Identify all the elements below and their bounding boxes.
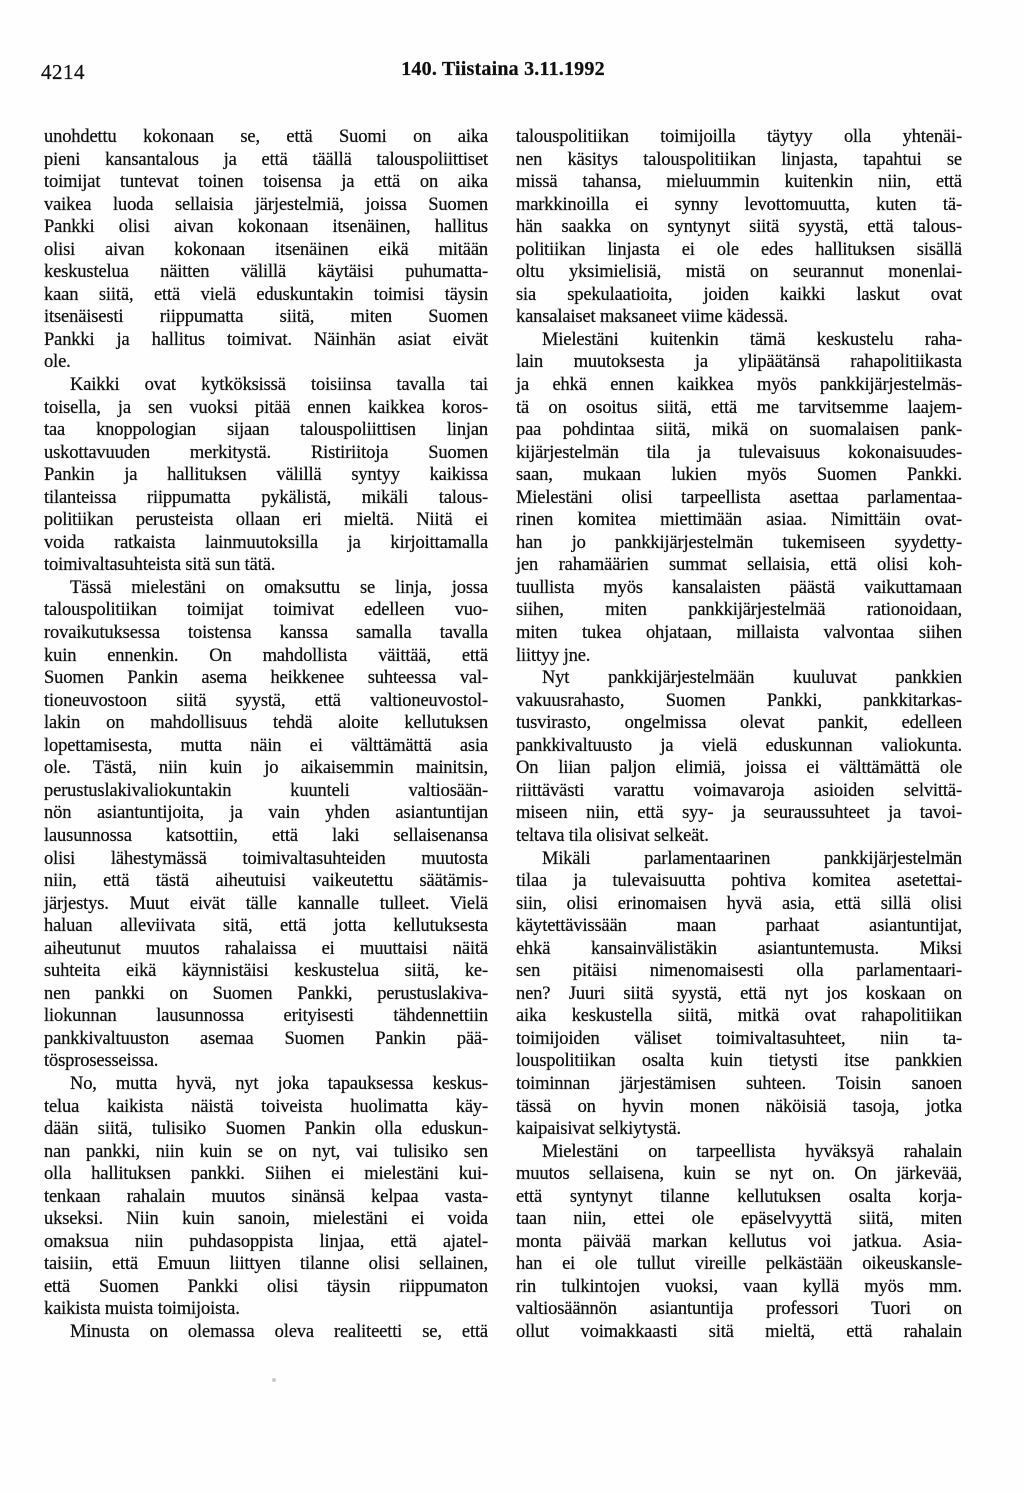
text-line: liittyy jne. bbox=[516, 645, 962, 668]
text-line: tuullista myös kansalaisten päästä vaiku… bbox=[516, 577, 962, 600]
text-line: liokunnan lausunnossa erityisesti tähden… bbox=[44, 1005, 488, 1028]
text-line: telua kaikista näistä toiveista huolimat… bbox=[44, 1096, 488, 1119]
paragraph: Tässä mielestäni on omaksuttu se linja, … bbox=[44, 577, 488, 1073]
text-line: saan, mukaan lukien myös Suomen Pankki. bbox=[516, 464, 962, 487]
text-line: rin tulkintojen vuoksi, vaan kyllä myös … bbox=[516, 1276, 962, 1299]
paragraph: Mielestäni on tarpeellista hyväksyä raha… bbox=[516, 1141, 962, 1344]
text-line: toimijat tuntevat toinen toisensa ja ett… bbox=[44, 171, 488, 194]
text-line: hän saakka on syntynyt siitä syystä, ett… bbox=[516, 216, 962, 239]
text-line: ole. Tästä, niin kuin jo aikaisemmin mai… bbox=[44, 757, 488, 780]
text-line: rinen komitea miettimään asiaa. Nimittäi… bbox=[516, 509, 962, 532]
text-line: että Suomen Pankki olisi täysin riippuma… bbox=[44, 1276, 488, 1299]
text-line: ja ehkä ennen kaikkea myös pankkijärjest… bbox=[516, 374, 962, 397]
text-line: tilaa ja tulevaisuutta pohtiva komitea a… bbox=[516, 870, 962, 893]
text-line: Mielestäni on tarpeellista hyväksyä raha… bbox=[516, 1141, 962, 1164]
text-line: itsenäisesti riippumatta siitä, miten Su… bbox=[44, 306, 488, 329]
text-line: han jo pankkijärjestelmän tukemiseen syy… bbox=[516, 532, 962, 555]
text-line: lausunnossa katsottiin, että laki sellai… bbox=[44, 825, 488, 848]
text-line: tusvirasto, ongelmissa olevat pankit, ed… bbox=[516, 712, 962, 735]
text-line: lain muutoksesta ja ylipäätänsä rahapoli… bbox=[516, 351, 962, 374]
text-line: tösprosesseissa. bbox=[44, 1050, 488, 1073]
text-line: ehkä kansainvälistäkin asiantuntemusta. … bbox=[516, 938, 962, 961]
text-line: haluan alleviivata sitä, että jotta kell… bbox=[44, 915, 488, 938]
text-line: olisi aivan kokonaan itsenäinen eikä mit… bbox=[44, 239, 488, 262]
text-line: ollut voimakkaasti sitä mieltä, että rah… bbox=[516, 1321, 962, 1344]
paragraph: unohdettu kokonaan se, että Suomi on aik… bbox=[44, 126, 488, 374]
text-line: taan niin, ettei ole epäselvyyttä siitä,… bbox=[516, 1208, 962, 1231]
text-line: Nyt pankkijärjestelmään kuuluvat pankkie… bbox=[516, 667, 962, 690]
text-line: tä on osoitus siitä, että me tarvitsemme… bbox=[516, 397, 962, 420]
text-line: kaikista muista toimijoista. bbox=[44, 1298, 488, 1321]
text-line: aiheutunut muutos rahalaissa ei muuttais… bbox=[44, 938, 488, 961]
paragraph: Kaikki ovat kytköksissä toisiinsa tavall… bbox=[44, 374, 488, 577]
text-line: olla hallituksen pankki. Siihen ei miele… bbox=[44, 1163, 488, 1186]
text-line: pieni kansantalous ja että täällä talous… bbox=[44, 149, 488, 172]
text-line: kansalaiset maksaneet viime kädessä. bbox=[516, 306, 962, 329]
scan-speck bbox=[272, 1378, 276, 1382]
text-line: pankkivaltuuston asemaa Suomen Pankin pä… bbox=[44, 1028, 488, 1051]
text-line: Pankki ja hallitus toimivat. Näinhän asi… bbox=[44, 329, 488, 352]
text-line: aika keskustella siitä, mitkä ovat rahap… bbox=[516, 1005, 962, 1028]
text-line: talouspolitiikan toimijat toimivat edell… bbox=[44, 599, 488, 622]
text-line: järjestys. Muut eivät tälle kannalle tul… bbox=[44, 893, 488, 916]
text-line: tioneuvostoon siitä syystä, että valtion… bbox=[44, 690, 488, 713]
text-line: riittävästi varattu voimavaroja asioiden… bbox=[516, 780, 962, 803]
text-columns: unohdettu kokonaan se, että Suomi on aik… bbox=[44, 126, 962, 1344]
text-line: nen käsitys talouspolitiikan linjasta, t… bbox=[516, 149, 962, 172]
text-line: tilanteissa riippumatta pykälistä, mikäl… bbox=[44, 487, 488, 510]
text-line: käytettävissään maan parhaat asiantuntij… bbox=[516, 915, 962, 938]
text-line: sia spekulaatioita, joiden kaikki laskut… bbox=[516, 284, 962, 307]
text-line: miseen niin, että syy- ja seuraussuhteet… bbox=[516, 802, 962, 825]
text-line: oltu yksimielisiä, mistä on seurannut mo… bbox=[516, 261, 962, 284]
text-line: missä tahansa, mieluummin kuitenkin niin… bbox=[516, 171, 962, 194]
text-line: kuin ennenkin. On mahdollista väittää, e… bbox=[44, 645, 488, 668]
text-line: kijärjestelmän tila ja tulevaisuus kokon… bbox=[516, 442, 962, 465]
text-line: unohdettu kokonaan se, että Suomi on aik… bbox=[44, 126, 488, 149]
text-line: toimivaltasuhteista sitä sun tätä. bbox=[44, 554, 488, 577]
text-line: toiminnan järjestämisen suhteen. Toisin … bbox=[516, 1073, 962, 1096]
text-line: Mielestäni kuitenkin tämä keskustelu rah… bbox=[516, 329, 962, 352]
text-line: taa knoppologian sijaan talouspoliittise… bbox=[44, 419, 488, 442]
text-line: No, mutta hyvä, nyt joka tapauksessa kes… bbox=[44, 1073, 488, 1096]
paragraph: Nyt pankkijärjestelmään kuuluvat pankkie… bbox=[516, 667, 962, 847]
text-line: taisiin, että Emuun liittyen tilanne oli… bbox=[44, 1253, 488, 1276]
text-line: monta päivää markan kellutus voi jatkua.… bbox=[516, 1231, 962, 1254]
text-line: Mielestäni olisi tarpeellista asettaa pa… bbox=[516, 487, 962, 510]
text-line: Kaikki ovat kytköksissä toisiinsa tavall… bbox=[44, 374, 488, 397]
text-line: ukseksi. Niin kuin sanoin, mielestäni ei… bbox=[44, 1208, 488, 1231]
text-line: Mikäli parlamentaarinen pankkijärjestelm… bbox=[516, 848, 962, 871]
text-line: siin, olisi erinomaisen hyvä asia, että … bbox=[516, 893, 962, 916]
text-line: omaksua niin puhdasoppista linjaa, että … bbox=[44, 1231, 488, 1254]
text-line: On liian paljon elimiä, joissa ei välttä… bbox=[516, 757, 962, 780]
text-line: markkinoilla ei synny levottomuutta, kut… bbox=[516, 194, 962, 217]
text-line: Suomen Pankin asema heikkenee suhteessa … bbox=[44, 667, 488, 690]
text-line: voida ratkaista lainmuutoksilla ja kirjo… bbox=[44, 532, 488, 555]
text-line: louspolitiikan osalta kuin tietysti itse… bbox=[516, 1050, 962, 1073]
text-line: dään siitä, tulisiko Suomen Pankin olla … bbox=[44, 1118, 488, 1141]
text-column-right: talouspolitiikan toimijoilla täytyy olla… bbox=[516, 126, 962, 1344]
text-line: lopettamisesta, mutta näin ei välttämätt… bbox=[44, 735, 488, 758]
text-line: miten tukea ohjataan, millaista valvonta… bbox=[516, 622, 962, 645]
paragraph: Mielestäni kuitenkin tämä keskustelu rah… bbox=[516, 329, 962, 667]
text-line: lakin on mahdollisuus tehdä aloite kellu… bbox=[44, 712, 488, 735]
text-line: tenkaan rahalain muutos sinänsä kelpaa v… bbox=[44, 1186, 488, 1209]
text-line: keskustelua näitten välillä käytäisi puh… bbox=[44, 261, 488, 284]
text-line: sen pitäisi nimenomaisesti olla parlamen… bbox=[516, 960, 962, 983]
text-line: rovaikutuksessa toistensa kanssa samalla… bbox=[44, 622, 488, 645]
text-line: suhteita eikä käynnistäisi keskustelua s… bbox=[44, 960, 488, 983]
text-line: politiikan linjasta ei ole edes hallituk… bbox=[516, 239, 962, 262]
text-line: vaikea luoda sellaisia järjestelmiä, joi… bbox=[44, 194, 488, 217]
text-line: pankkivaltuusto ja vielä eduskunnan vali… bbox=[516, 735, 962, 758]
text-line: teltava tila olisivat selkeät. bbox=[516, 825, 962, 848]
text-line: Pankki olisi aivan kokonaan itsenäinen, … bbox=[44, 216, 488, 239]
text-line: politiikan perusteista ollaan eri mieltä… bbox=[44, 509, 488, 532]
text-line: siihen, miten pankkijärjestelmää rationo… bbox=[516, 599, 962, 622]
text-line: han ei ole tullut vireille pelkästään oi… bbox=[516, 1253, 962, 1276]
paragraph: talouspolitiikan toimijoilla täytyy olla… bbox=[516, 126, 962, 329]
text-line: vakuusrahasto, Suomen Pankki, pankkitark… bbox=[516, 690, 962, 713]
text-line: tässä on hyvin monen näköisiä tasoja, jo… bbox=[516, 1096, 962, 1119]
text-line: että syntynyt tilanne kellutuksen osalta… bbox=[516, 1186, 962, 1209]
text-line: uskottavuuden merkitystä. Ristiriitoja S… bbox=[44, 442, 488, 465]
text-line: paa pohdintaa siitä, mikä on suomalaisen… bbox=[516, 419, 962, 442]
text-line: Minusta on olemassa oleva realiteetti se… bbox=[44, 1321, 488, 1344]
text-line: toisella, ja sen vuoksi pitää ennen kaik… bbox=[44, 397, 488, 420]
text-line: nan pankki, niin kuin se on nyt, vai tul… bbox=[44, 1141, 488, 1164]
text-line: nen? Juuri siitä syystä, että nyt jos ko… bbox=[516, 983, 962, 1006]
paragraph: No, mutta hyvä, nyt joka tapauksessa kes… bbox=[44, 1073, 488, 1321]
paragraph: Mikäli parlamentaarinen pankkijärjestelm… bbox=[516, 848, 962, 1141]
text-line: valtiosäännön asiantuntija professori Tu… bbox=[516, 1298, 962, 1321]
paragraph: Minusta on olemassa oleva realiteetti se… bbox=[44, 1321, 488, 1344]
text-column-left: unohdettu kokonaan se, että Suomi on aik… bbox=[44, 126, 488, 1344]
text-line: kaipaisivat selkiytystä. bbox=[516, 1118, 962, 1141]
text-line: muutos sellaisena, kuin se nyt on. On jä… bbox=[516, 1163, 962, 1186]
scanned-document-page: 4214 140. Tiistaina 3.11.1992 unohdettu … bbox=[0, 0, 1024, 1493]
text-line: toimijoiden väliset toimivaltasuhteet, n… bbox=[516, 1028, 962, 1051]
text-line: Pankin ja hallituksen välillä syntyy kai… bbox=[44, 464, 488, 487]
text-line: kaan siitä, että vielä eduskuntakin toim… bbox=[44, 284, 488, 307]
text-line: nön asiantuntijoita, ja vain yhden asian… bbox=[44, 802, 488, 825]
text-line: talouspolitiikan toimijoilla täytyy olla… bbox=[516, 126, 962, 149]
text-line: jen rahamäärien summat sellaisia, että o… bbox=[516, 554, 962, 577]
text-line: ole. bbox=[44, 351, 488, 374]
text-line: olisi lähestymässä toimivaltasuhteiden m… bbox=[44, 848, 488, 871]
text-line: perustuslakivaliokuntakin kuunteli valti… bbox=[44, 780, 488, 803]
text-line: niin, että tästä aiheutuisi vaikeutettu … bbox=[44, 870, 488, 893]
session-header: 140. Tiistaina 3.11.1992 bbox=[0, 58, 1006, 81]
text-line: Tässä mielestäni on omaksuttu se linja, … bbox=[44, 577, 488, 600]
page-header-row: 4214 140. Tiistaina 3.11.1992 bbox=[0, 58, 1006, 88]
text-line: nen pankki on Suomen Pankki, perustuslak… bbox=[44, 983, 488, 1006]
